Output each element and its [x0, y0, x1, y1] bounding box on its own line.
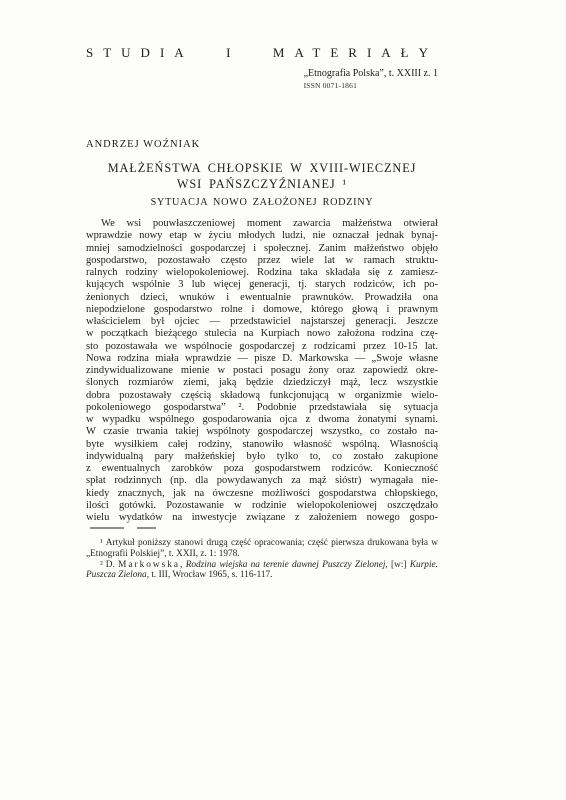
body-line: w początkach bieżącego stulecia na Kurpi… [86, 328, 438, 340]
body-line: zindywidualizowane mienie w postaci posa… [86, 365, 438, 377]
body-line: z ewentualnych zarobków poza gospodarstw… [86, 463, 438, 475]
body-line: właścicielem był ojciec — przedstawiciel… [86, 316, 438, 328]
running-head-word: STUDIA [86, 46, 194, 60]
body-line: spłat rodzinnych (np. dla powydawanych z… [86, 475, 438, 487]
body-line: dobra pozostawały częścią składową funkc… [86, 390, 438, 402]
footnote-1: ¹Artykuł poniższy stanowi drugą część op… [86, 538, 438, 559]
footnote-separator-rule [86, 527, 438, 531]
article-title-line2: WSI PAŃSZCZYŹNIANEJ ¹ [86, 177, 438, 193]
body-line: mniej samodzielności gospodarczej i społ… [86, 243, 438, 255]
article-title: MAŁŻEŃSTWA CHŁOPSKIE W XVIII-WIECZNEJ WS… [86, 161, 438, 192]
body-line: ślonych rozmiarów ziemi, jaką będzie dzi… [86, 377, 438, 389]
body-line: pokoleniowego gospodarstwa” ². Podobnie … [86, 402, 438, 414]
page-content: STUDIA I MATERIAŁY „Etnografia Polska”, … [86, 46, 438, 581]
journal-reference: „Etnografia Polska”, t. XXIII z. 1 ISSN … [304, 68, 438, 91]
body-line: W czasie trwania takiej wspólnoty gospod… [86, 426, 438, 438]
body-line: ralnych rodziny wielopokoleniowej. Rodzi… [86, 267, 438, 279]
footnote-text: [w:] [388, 560, 410, 570]
body-line: ilości gotówki. Pozostawanie w rodzinie … [86, 500, 438, 512]
footnote-2: ²D. Markowska, Rodzina wiejska na tereni… [86, 560, 438, 581]
footnote-text: t. III, Wrocław 1965, s. 116-117. [149, 570, 272, 580]
section-heading: SYTUACJA NOWO ZAŁOŻONEJ RODZINY [86, 197, 438, 209]
body-line: We wsi pouwłaszczeniowej moment zawarcia… [86, 218, 438, 230]
article-title-line1: MAŁŻEŃSTWA CHŁOPSKIE W XVIII-WIECZNEJ [86, 161, 438, 177]
body-line: w wypadku wspólnego gospodarowania ojca … [86, 414, 438, 426]
body-line: niepodzielone gospodarstwo rolne i domow… [86, 304, 438, 316]
scanned-article-page: STUDIA I MATERIAŁY „Etnografia Polska”, … [0, 0, 566, 800]
running-head-word: I [226, 46, 240, 60]
footnote-work-title: Rodzina wiejska na terenie dawnej Puszcz… [186, 560, 388, 570]
footnote-author-spaced: Markowska [118, 560, 180, 570]
running-head-word: MATERIAŁY [273, 46, 438, 60]
issn-number: ISSN 0071-1861 [304, 81, 438, 91]
body-line: żenionych dzieci, wnuków i ewentualnie p… [86, 292, 438, 304]
journal-citation: „Etnografia Polska”, t. XXIII z. 1 [304, 68, 438, 80]
body-line: kujących wspólnie 3 lub więcej generacji… [86, 279, 438, 291]
body-line: kiedy znacznych, jak na ówczesne możliwo… [86, 488, 438, 500]
footnote-rule-segment [137, 527, 156, 529]
footnote-text: D. [106, 560, 118, 570]
footnote-rule-segment [90, 527, 124, 529]
running-head: STUDIA I MATERIAŁY [86, 46, 438, 60]
body-paragraph: We wsi pouwłaszczeniowej moment zawarcia… [86, 218, 438, 524]
footnote-text: Artykuł poniższy stanowi drugą część opr… [86, 538, 438, 559]
footnote-number: ¹ [100, 538, 103, 548]
journal-reference-block: „Etnografia Polska”, t. XXIII z. 1 ISSN … [86, 68, 438, 91]
body-line: Nowa rodzina miała wprawdzie — pisze D. … [86, 353, 438, 365]
body-line: sto pozostawała we wspólnocie gospodarcz… [86, 341, 438, 353]
body-line: gospodarstwo, pozostawało często przez w… [86, 255, 438, 267]
body-line: wielu wydatków na inwestycje związane z … [86, 512, 438, 524]
author-name: ANDRZEJ WOŹNIAK [86, 138, 438, 151]
body-line: indywidualną pary małżeńskiej było tylko… [86, 451, 438, 463]
body-line: byte wysiłkiem całej rodziny, stanowiło … [86, 439, 438, 451]
footnote-number: ² [100, 560, 103, 570]
footnotes: ¹Artykuł poniższy stanowi drugą część op… [86, 538, 438, 581]
body-line: wprawdzie nowy etap w życiu młodych ludz… [86, 230, 438, 242]
